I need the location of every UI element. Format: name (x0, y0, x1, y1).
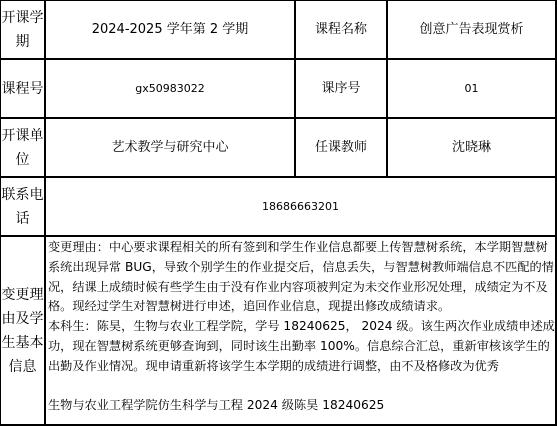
course-id-label-text: 课程号 (2, 77, 44, 101)
course-name-value-text: 创意广告表现赏析 (419, 19, 523, 41)
student-info-paragraph: 本科生：陈昊，生物与农业工程学院，学号 18240625， 2024 级。该生两… (48, 317, 556, 376)
course-id-label: 课程号 (1, 60, 44, 117)
blank-line (48, 377, 556, 397)
grade-change-form: 开课学期 2024-2025 学年第 2 学期 课程名称 创意广告表现赏析 课程… (0, 0, 557, 427)
department-label: 开课单位 (1, 119, 44, 176)
phone-label-text: 联系电话 (1, 183, 44, 231)
section-value: 01 (388, 60, 555, 117)
department-label-text: 开课单位 (1, 124, 44, 172)
course-name-value: 创意广告表现赏析 (388, 1, 555, 58)
phone-value-text: 18686663201 (262, 196, 339, 218)
phone-value: 18686663201 (46, 178, 555, 235)
course-name-label: 课程名称 (296, 1, 386, 58)
course-name-label-text: 课程名称 (315, 19, 367, 41)
reason-content: 变更理由：中心要求课程相关的所有签到和学生作业信息都要上传智慧树系统，本学期智慧… (48, 238, 556, 416)
phone-label: 联系电话 (1, 178, 44, 235)
course-id-value-text: gx50983022 (135, 78, 204, 100)
section-label-text: 课序号 (321, 78, 360, 100)
department-value-text: 艺术教学与研究中心 (111, 137, 228, 159)
course-id-value: gx50983022 (46, 60, 294, 117)
reason-paragraph: 变更理由：中心要求课程相关的所有签到和学生作业信息都要上传智慧树系统，本学期智慧… (48, 238, 556, 317)
reason-label-text: 变更理由及学生基本信息 (1, 283, 44, 379)
teacher-value-text: 沈晓琳 (452, 137, 491, 159)
student-signature: 生物与农业工程学院仿生科学与工程 2024 级陈昊 18240625 (48, 396, 556, 416)
semester-value: 2024-2025 学年第 2 学期 (46, 1, 294, 58)
department-value: 艺术教学与研究中心 (46, 119, 294, 176)
border-bottom (0, 424, 557, 426)
section-value-text: 01 (465, 78, 479, 100)
semester-label-text: 开课学期 (1, 6, 44, 54)
teacher-value: 沈晓琳 (388, 119, 555, 176)
row-divider (0, 235, 557, 237)
teacher-label-text: 任课教师 (315, 137, 367, 159)
section-label: 课序号 (296, 60, 386, 117)
semester-label: 开课学期 (1, 1, 44, 58)
teacher-label: 任课教师 (296, 119, 386, 176)
semester-value-text: 2024-2025 学年第 2 学期 (92, 19, 249, 41)
reason-label: 变更理由及学生基本信息 (1, 237, 44, 424)
